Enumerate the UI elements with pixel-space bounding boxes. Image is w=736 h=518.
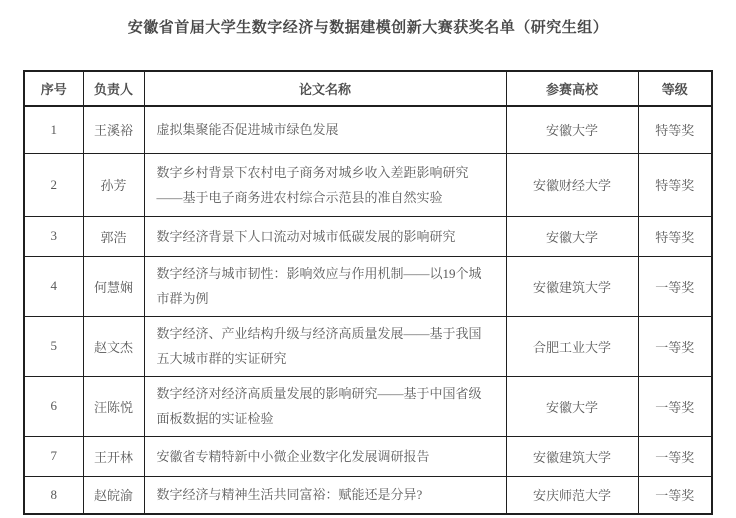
cell-university: 安庆师范大学 bbox=[506, 476, 638, 514]
cell-leader: 何慧娴 bbox=[83, 256, 144, 316]
header-paper-title: 论文名称 bbox=[144, 71, 506, 106]
table-header-row: 序号 负责人 论文名称 参赛高校 等级 bbox=[24, 71, 712, 106]
cell-paper-title: 安徽省专精特新中小微企业数字化发展调研报告 bbox=[144, 436, 506, 476]
header-award-level: 等级 bbox=[638, 71, 712, 106]
table-row: 5 赵文杰 数字经济、产业结构升级与经济高质量发展——基于我国 五大城市群的实证… bbox=[24, 316, 712, 376]
cell-paper-title: 数字经济对经济高质量发展的影响研究——基于中国省级 面板数据的实证检验 bbox=[144, 376, 506, 436]
cell-no: 4 bbox=[24, 256, 83, 316]
cell-university: 安徽大学 bbox=[506, 106, 638, 153]
table-row: 2 孙芳 数字乡村背景下农村电子商务对城乡收入差距影响研究 ——基于电子商务进农… bbox=[24, 153, 712, 216]
cell-leader: 王开林 bbox=[83, 436, 144, 476]
cell-paper-title: 数字经济、产业结构升级与经济高质量发展——基于我国 五大城市群的实证研究 bbox=[144, 316, 506, 376]
table-row: 6 汪陈悦 数字经济对经济高质量发展的影响研究——基于中国省级 面板数据的实证检… bbox=[24, 376, 712, 436]
cell-no: 1 bbox=[24, 106, 83, 153]
table-row: 7 王开林 安徽省专精特新中小微企业数字化发展调研报告 安徽建筑大学 一等奖 bbox=[24, 436, 712, 476]
cell-award-level: 一等奖 bbox=[638, 376, 712, 436]
document-page: 安徽省首届大学生数字经济与数据建模创新大赛获奖名单（研究生组） 序号 负责人 论… bbox=[0, 0, 736, 518]
cell-award-level: 一等奖 bbox=[638, 316, 712, 376]
cell-no: 6 bbox=[24, 376, 83, 436]
table-row: 4 何慧娴 数字经济与城市韧性：影响效应与作用机制——以19个城 市群为例 安徽… bbox=[24, 256, 712, 316]
cell-leader: 汪陈悦 bbox=[83, 376, 144, 436]
table-row: 8 赵皖渝 数字经济与精神生活共同富裕：赋能还是分异? 安庆师范大学 一等奖 bbox=[24, 476, 712, 514]
header-no: 序号 bbox=[24, 71, 83, 106]
cell-leader: 王溪裕 bbox=[83, 106, 144, 153]
cell-university: 安徽财经大学 bbox=[506, 153, 638, 216]
cell-leader: 郭浩 bbox=[83, 216, 144, 256]
cell-leader: 赵皖渝 bbox=[83, 476, 144, 514]
cell-paper-title: 数字经济与精神生活共同富裕：赋能还是分异? bbox=[144, 476, 506, 514]
cell-no: 5 bbox=[24, 316, 83, 376]
cell-university: 安徽建筑大学 bbox=[506, 436, 638, 476]
cell-award-level: 特等奖 bbox=[638, 216, 712, 256]
cell-award-level: 特等奖 bbox=[638, 153, 712, 216]
cell-award-level: 特等奖 bbox=[638, 106, 712, 153]
cell-leader: 孙芳 bbox=[83, 153, 144, 216]
cell-leader: 赵文杰 bbox=[83, 316, 144, 376]
cell-university: 安徽大学 bbox=[506, 376, 638, 436]
cell-paper-title: 数字经济与城市韧性：影响效应与作用机制——以19个城 市群为例 bbox=[144, 256, 506, 316]
cell-award-level: 一等奖 bbox=[638, 256, 712, 316]
cell-award-level: 一等奖 bbox=[638, 476, 712, 514]
cell-paper-title: 虚拟集聚能否促进城市绿色发展 bbox=[144, 106, 506, 153]
cell-paper-title: 数字经济背景下人口流动对城市低碳发展的影响研究 bbox=[144, 216, 506, 256]
awards-table: 序号 负责人 论文名称 参赛高校 等级 1 王溪裕 虚拟集聚能否促进城市绿色发展… bbox=[23, 70, 713, 515]
cell-no: 3 bbox=[24, 216, 83, 256]
cell-no: 2 bbox=[24, 153, 83, 216]
cell-university: 安徽建筑大学 bbox=[506, 256, 638, 316]
cell-university: 合肥工业大学 bbox=[506, 316, 638, 376]
cell-no: 8 bbox=[24, 476, 83, 514]
header-leader: 负责人 bbox=[83, 71, 144, 106]
cell-award-level: 一等奖 bbox=[638, 436, 712, 476]
page-title: 安徽省首届大学生数字经济与数据建模创新大赛获奖名单（研究生组） bbox=[0, 0, 736, 37]
cell-paper-title: 数字乡村背景下农村电子商务对城乡收入差距影响研究 ——基于电子商务进农村综合示范… bbox=[144, 153, 506, 216]
cell-no: 7 bbox=[24, 436, 83, 476]
table-row: 1 王溪裕 虚拟集聚能否促进城市绿色发展 安徽大学 特等奖 bbox=[24, 106, 712, 153]
table-row: 3 郭浩 数字经济背景下人口流动对城市低碳发展的影响研究 安徽大学 特等奖 bbox=[24, 216, 712, 256]
cell-university: 安徽大学 bbox=[506, 216, 638, 256]
header-university: 参赛高校 bbox=[506, 71, 638, 106]
